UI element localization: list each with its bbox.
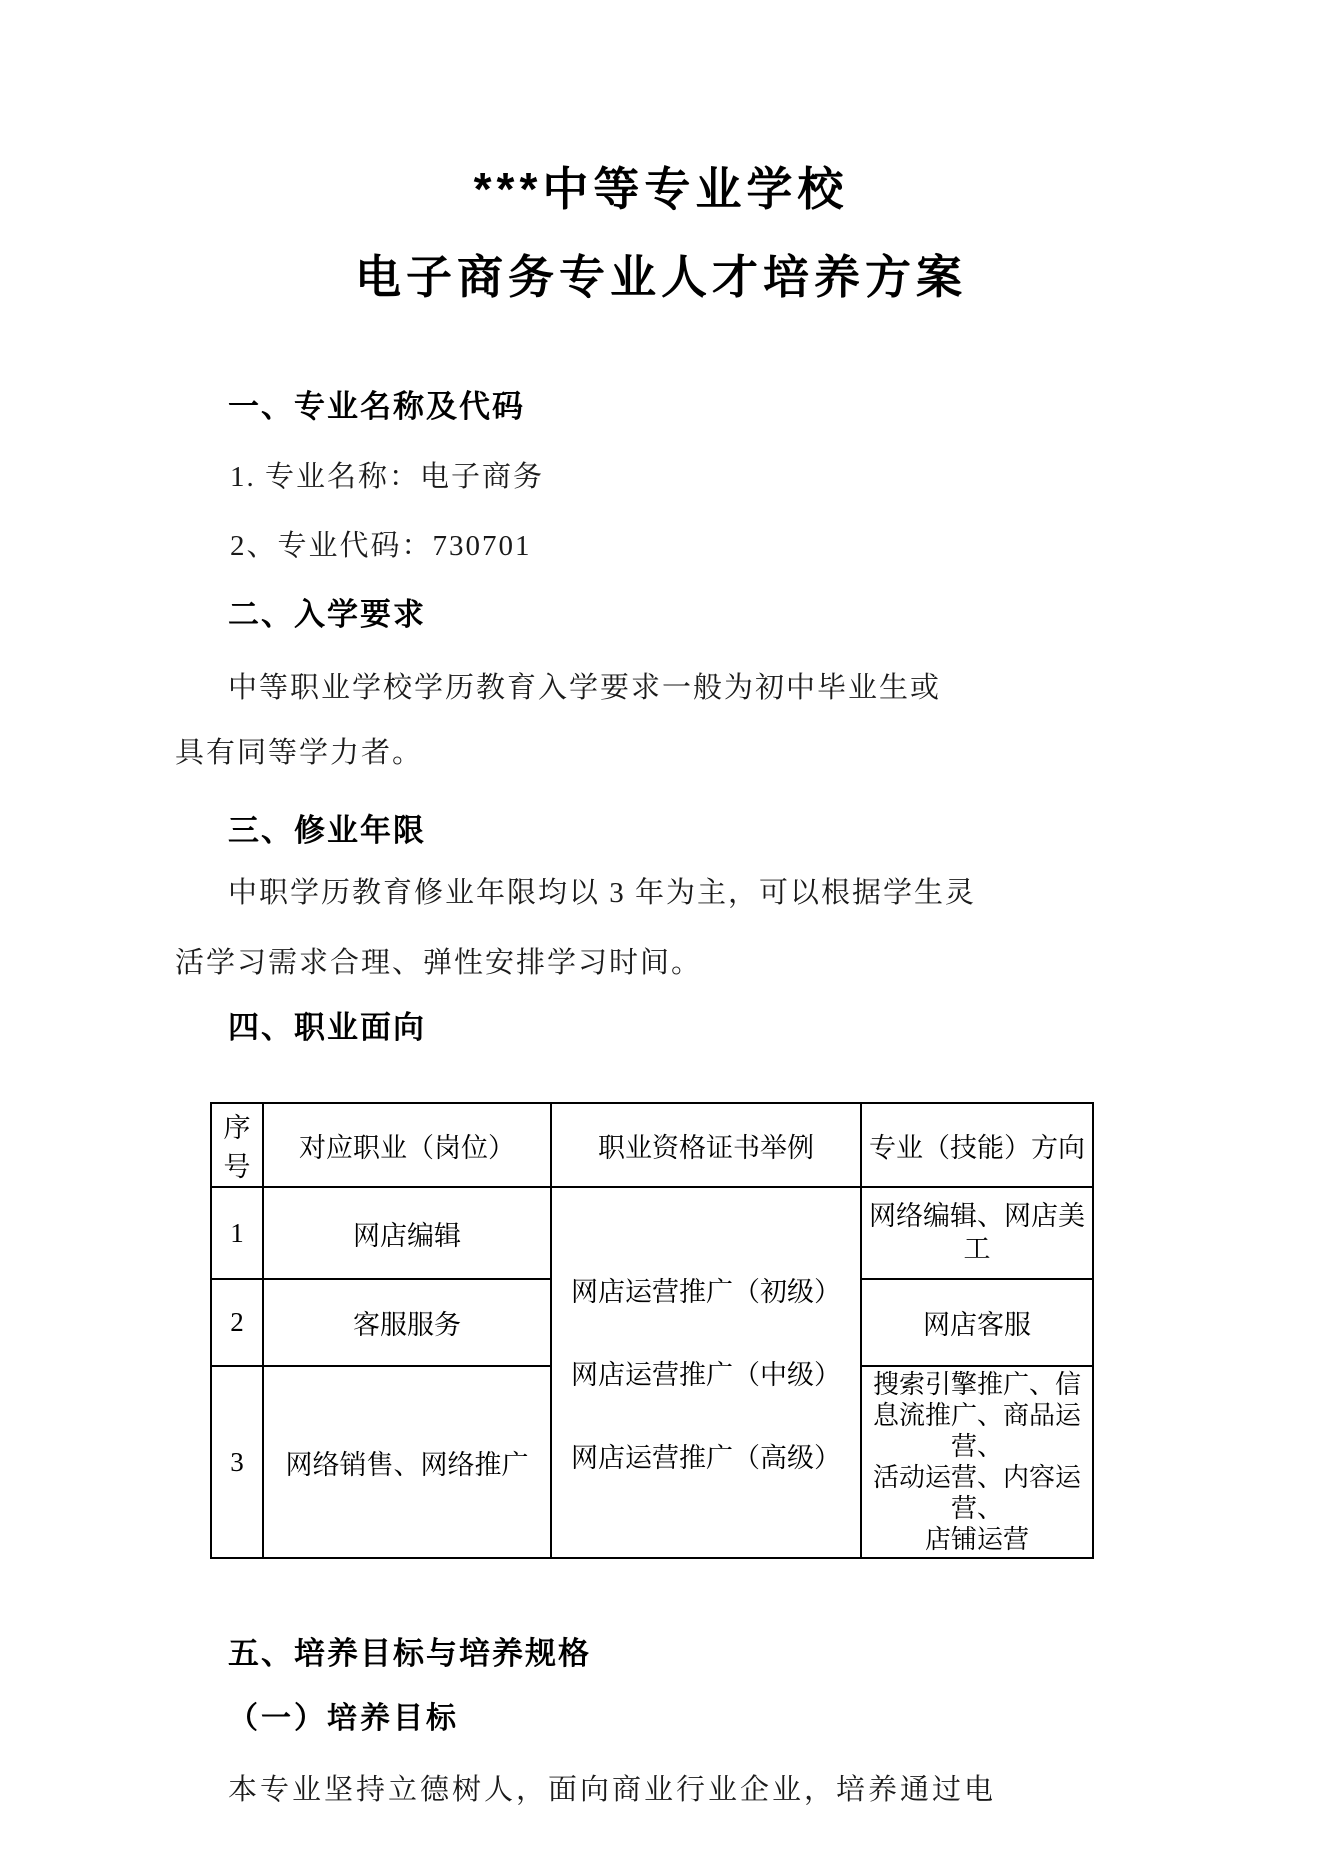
section-2-paragraph-line1: 中等职业学校学历教育入学要求一般为初中毕业生或	[228, 667, 1322, 709]
section-2-paragraph-line2: 具有同等学力者。	[175, 732, 1322, 774]
row-3-job: 网络销售、网络推广	[263, 1366, 551, 1558]
row-1-job: 网店编辑	[263, 1187, 551, 1279]
row-2-no: 2	[211, 1279, 263, 1366]
section-2-heading: 二、入学要求	[228, 594, 1322, 636]
row-2-direction: 网店客服	[861, 1279, 1093, 1366]
row-1-direction-line1: 网络编辑、网店美	[866, 1200, 1088, 1233]
section-4-heading: 四、职业面向	[228, 1007, 1322, 1049]
cert-line-beginner: 网店运营推广（初级）	[556, 1270, 856, 1309]
career-orientation-table: 序号 对应职业（岗位） 职业资格证书举例 专业（技能）方向 1 网店编辑 网店运…	[210, 1102, 1094, 1559]
table-header-direction: 专业（技能）方向	[861, 1103, 1093, 1187]
row-3-direction-line2: 息流推广、商品运营、	[866, 1400, 1088, 1462]
row-1-no: 1	[211, 1187, 263, 1279]
row-3-direction: 搜索引擎推广、信 息流推广、商品运营、 活动运营、内容运营、 店铺运营	[861, 1366, 1093, 1558]
section-1-item-major-name: 1. 专业名称：电子商务	[230, 456, 1322, 498]
table-header-job: 对应职业（岗位）	[263, 1103, 551, 1187]
row-2-job: 客服服务	[263, 1279, 551, 1366]
cert-merged-cell: 网店运营推广（初级） 网店运营推广（中级） 网店运营推广（高级）	[551, 1187, 861, 1558]
section-3-heading: 三、修业年限	[228, 810, 1322, 852]
section-5-heading: 五、培养目标与培养规格	[228, 1633, 1322, 1675]
section-3-paragraph-line1: 中职学历教育修业年限均以 3 年为主，可以根据学生灵	[228, 872, 1322, 914]
row-3-direction-line4: 店铺运营	[866, 1524, 1088, 1555]
row-3-direction-line3: 活动运营、内容运营、	[866, 1462, 1088, 1524]
row-3-no: 3	[211, 1366, 263, 1558]
row-1-direction: 网络编辑、网店美 工	[861, 1187, 1093, 1279]
cert-line-intermediate: 网店运营推广（中级）	[556, 1353, 856, 1392]
row-1-direction-line2: 工	[866, 1233, 1088, 1266]
document-title-line1: ***中等专业学校	[0, 163, 1322, 215]
cert-line-advanced: 网店运营推广（高级）	[556, 1436, 856, 1475]
table-header-row: 序号 对应职业（岗位） 职业资格证书举例 专业（技能）方向	[211, 1103, 1093, 1187]
section-1-heading: 一、专业名称及代码	[228, 386, 1322, 428]
table-row-1: 1 网店编辑 网店运营推广（初级） 网店运营推广（中级） 网店运营推广（高级） …	[211, 1187, 1093, 1279]
document-title-line2: 电子商务专业人才培养方案	[0, 251, 1322, 303]
document-page: ***中等专业学校 电子商务专业人才培养方案 一、专业名称及代码 1. 专业名称…	[0, 0, 1322, 1870]
section-3-paragraph-line2: 活学习需求合理、弹性安排学习时间。	[175, 942, 1322, 984]
section-5-paragraph-line1: 本专业坚持立德树人，面向商业行业企业，培养通过电	[228, 1769, 1322, 1811]
section-1-item-major-code: 2、专业代码：730701	[230, 525, 1322, 567]
section-5-subheading: （一）培养目标	[228, 1698, 1322, 1740]
table-header-no: 序号	[211, 1103, 263, 1187]
row-3-direction-line1: 搜索引擎推广、信	[866, 1369, 1088, 1400]
table-header-cert: 职业资格证书举例	[551, 1103, 861, 1187]
